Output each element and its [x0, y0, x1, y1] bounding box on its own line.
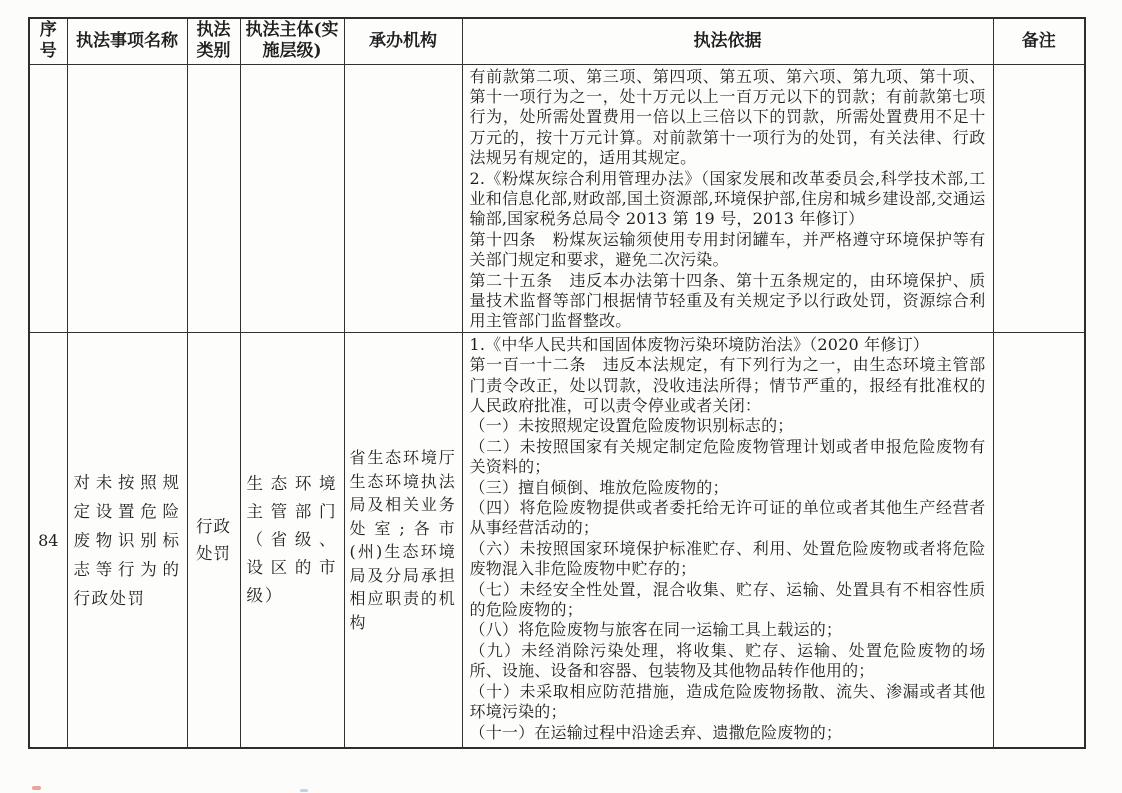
name-cell — [67, 64, 187, 332]
basis-paragraph: （十）未采取相应防范措施，造成危险废物扬散、流失、渗漏或者其他环境污染的； — [470, 682, 986, 723]
col-header-subject: 执法主体(实施层级) — [240, 18, 344, 64]
col-header-agency: 承办机构 — [344, 18, 462, 64]
table-row-continuation: 有前款第二项、第三项、第四项、第五项、第六项、第九项、第十项、第十一项行为之一，… — [29, 64, 1085, 332]
scan-artifact — [300, 789, 308, 792]
col-header-seq: 序号 — [29, 18, 67, 64]
subject-cell — [240, 64, 344, 332]
col-header-name: 执法事项名称 — [67, 18, 187, 64]
subject-cell: 生态环境主管部门（省级、设区的市级） — [240, 332, 344, 748]
basis-paragraph: 1.《中华人民共和国固体废物污染环境防治法》（2020 年修订） — [470, 335, 986, 355]
remark-cell — [993, 332, 1085, 748]
basis-paragraph: 有前款第二项、第三项、第四项、第五项、第六项、第九项、第十项、第十一项行为之一，… — [470, 67, 986, 169]
basis-paragraph: （四）将危险废物提供或者委托给无许可证的单位或者其他生产经营者从事经营活动的； — [470, 498, 986, 539]
basis-cell: 1.《中华人民共和国固体废物污染环境防治法》（2020 年修订）第一百一十二条 … — [462, 332, 993, 748]
basis-paragraph: （九）未经消除污染处理，将收集、贮存、运输、处置危险废物的场所、设施、设备和容器… — [470, 641, 986, 682]
basis-paragraph: （三）擅自倾倒、堆放危险废物的； — [470, 478, 986, 498]
category-cell: 行政处罚 — [187, 332, 240, 748]
basis-paragraph: （八）将危险废物与旅客在同一运输工具上载运的； — [470, 620, 986, 640]
agency-cell — [344, 64, 462, 332]
basis-cell: 有前款第二项、第三项、第四项、第五项、第六项、第九项、第十项、第十一项行为之一，… — [462, 64, 993, 332]
basis-paragraph: （一）未按照规定设置危险废物识别标志的； — [470, 416, 986, 436]
basis-paragraph: 第一百一十二条 违反本法规定，有下列行为之一，由生态环境主管部门责令改正，处以罚… — [470, 355, 986, 416]
name-cell: 对未按照规定设置危险废物识别标志等行为的行政处罚 — [67, 332, 187, 748]
basis-paragraph: （六）未按照国家环境保护标准贮存、利用、处置危险废物或者将危险废物混入非危险废物… — [470, 539, 986, 580]
basis-paragraph: （十一）在运输过程中沿途丢弃、遗撒危险废物的； — [470, 723, 986, 743]
basis-paragraph: （二）未按照国家有关规定制定危险废物管理计划或者申报危险废物有关资料的； — [470, 437, 986, 478]
table-header-row: 序号 执法事项名称 执法类别 执法主体(实施层级) 承办机构 执法依据 备注 — [29, 18, 1085, 64]
table-row-84: 84 对未按照规定设置危险废物识别标志等行为的行政处罚 行政处罚 生态环境主管部… — [29, 332, 1085, 748]
seq-cell: 84 — [29, 332, 67, 748]
agency-cell: 省生态环境厅生态环境执法局及相关业务处室;各市(州)生态环境局及分局承担相应职责… — [344, 332, 462, 748]
remark-cell — [993, 64, 1085, 332]
seq-cell — [29, 64, 67, 332]
scanned-document-page: 序号 执法事项名称 执法类别 执法主体(实施层级) 承办机构 执法依据 备注 有… — [0, 0, 1122, 793]
basis-paragraph: 第十四条 粉煤灰运输须使用专用封闭罐车，并严格遵守环境保护等有关部门规定和要求，… — [470, 230, 986, 271]
col-header-remark: 备注 — [993, 18, 1085, 64]
col-header-basis: 执法依据 — [462, 18, 993, 64]
basis-paragraph: 2.《粉煤灰综合利用管理办法》（国家发展和改革委员会,科学技术部,工业和信息化部… — [470, 169, 986, 230]
basis-paragraph: 第二十五条 违反本办法第十四条、第十五条规定的，由环境保护、质量技术监督等部门根… — [470, 271, 986, 332]
basis-paragraph: （七）未经安全性处置，混合收集、贮存、运输、处置具有不相容性质的危险废物的； — [470, 580, 986, 621]
col-header-category: 执法类别 — [187, 18, 240, 64]
enforcement-matters-table: 序号 执法事项名称 执法类别 执法主体(实施层级) 承办机构 执法依据 备注 有… — [28, 17, 1086, 749]
category-cell — [187, 64, 240, 332]
scan-artifact — [32, 786, 41, 790]
